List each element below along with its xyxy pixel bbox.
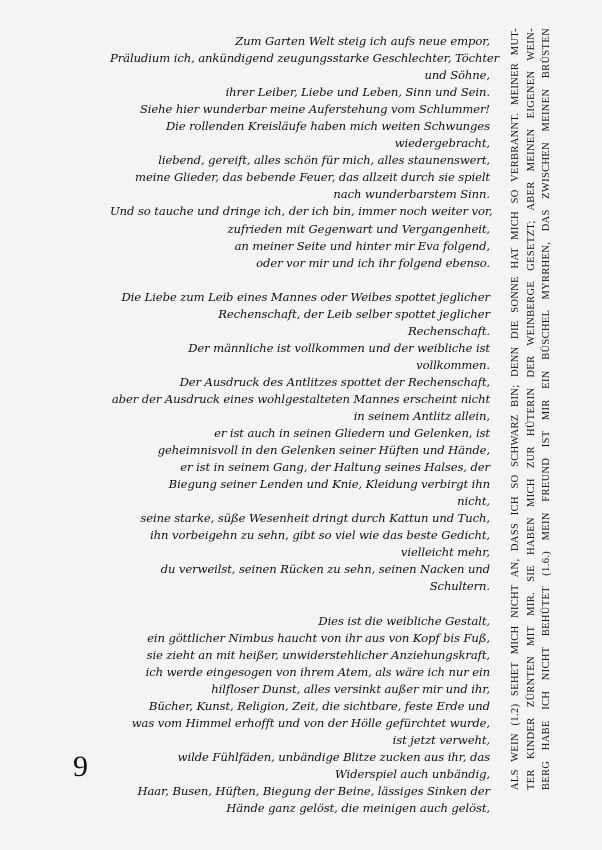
poem-line: seine starke, süße Wesenheit dringt durc… [110,510,490,527]
poem-line: hilfloser Dunst, alles versinkt außer mi… [110,681,490,698]
poem-line: nicht, [110,493,490,510]
poem-line: sie zieht an mit heißer, unwiderstehlich… [110,647,490,664]
poem-line: meine Glieder, das bebende Feuer, das al… [110,169,490,186]
rotated-margin-text: ALS WEIN (1.2) SEHET MICH NICHT AN, DASS… [508,28,555,790]
poem-line: was vom Himmel erhofft und von der Hölle… [110,715,490,732]
poem-line: ein göttlicher Nimbus haucht von ihr aus… [110,630,490,647]
poem-line: ist jetzt verweht, [110,732,490,749]
poem-line: zufrieden mit Gegenwart und Vergangenhei… [110,221,490,238]
poem-line: du verweilst, seinen Rücken zu sehn, sei… [110,561,490,578]
margin-line: TER KINDER ZÜRNTEN MIT MIR. SIE HABEN MI… [524,28,540,790]
poem-line: und Söhne, [110,67,490,84]
poem-line: Dies ist die weibliche Gestalt, [110,613,490,630]
poem-line: wiedergebracht, [110,135,490,152]
poem-line: Und so tauche und dringe ich, der ich bi… [110,203,490,220]
poem-line: in seinem Antlitz allein, [110,408,490,425]
poem-line: vollkommen. [110,357,490,374]
poem-line: Widerspiel auch unbändig, [110,766,490,783]
poem-line: aber der Ausdruck eines wohlgestalteten … [110,391,490,408]
poem-line: Bücher, Kunst, Religion, Zeit, die sicht… [110,698,490,715]
poem-line: an meiner Seite und hinter mir Eva folge… [110,238,490,255]
poem-line: Zum Garten Welt steig ich aufs neue empo… [110,33,490,50]
poem-line: Der Ausdruck des Antlitzes spottet der R… [110,374,490,391]
page-number: 9 [73,752,88,782]
poem-line: ich werde eingesogen von ihrem Atem, als… [110,664,490,681]
poem-line: Rechenschaft. [110,323,490,340]
poem-line: Die Liebe zum Leib eines Mannes oder Wei… [110,289,490,306]
stanza-gap [110,272,490,289]
poem-line: ihn vorbeigehn zu sehn, gibt so viel wie… [110,527,490,544]
poem-line: er ist in seinem Gang, der Haltung seine… [110,459,490,476]
poem-line: vielleicht mehr, [110,544,490,561]
poem-line: wilde Fühlfäden, unbändige Blitze zucken… [110,749,490,766]
poem-line: nach wunderbarstem Sinn. [110,186,490,203]
poem-line: ihrer Leiber, Liebe und Leben, Sinn und … [110,84,490,101]
margin-line: ALS WEIN (1.2) SEHET MICH NICHT AN, DASS… [508,28,524,790]
poem-line: liebend, gereift, alles schön für mich, … [110,152,490,169]
poem-line: Rechenschaft, der Leib selber spottet je… [110,306,490,323]
poem-line: Hände ganz gelöst, die meinigen auch gel… [110,800,490,817]
poem-line: geheimnisvoll in den Gelenken seiner Hüf… [110,442,490,459]
poem-line: Biegung seiner Lenden und Knie, Kleidung… [110,476,490,493]
poem-text: Zum Garten Welt steig ich aufs neue empo… [110,33,490,817]
poem-line: oder vor mir und ich ihr folgend ebenso. [110,255,490,272]
stanza-2: Die Liebe zum Leib eines Mannes oder Wei… [110,289,490,596]
poem-line: Präludium ich, ankündigend zeugungsstark… [110,50,490,67]
poem-line: Der männliche ist vollkommen und der wei… [110,340,490,357]
poem-line: er ist auch in seinen Gliedern und Gelen… [110,425,490,442]
poem-line: Schultern. [110,578,490,595]
margin-line: BERG HABE ICH NICHT BEHÜTET (1.6.) MEIN … [539,28,555,790]
poem-line: Siehe hier wunderbar meine Auferstehung … [110,101,490,118]
poem-line: Haar, Busen, Hüften, Biegung der Beine, … [110,783,490,800]
stanza-gap [110,596,490,613]
stanza-1: Zum Garten Welt steig ich aufs neue empo… [110,33,490,272]
poem-line: Die rollenden Kreisläufe haben mich weit… [110,118,490,135]
stanza-3: Dies ist die weibliche Gestalt, ein gött… [110,613,490,818]
